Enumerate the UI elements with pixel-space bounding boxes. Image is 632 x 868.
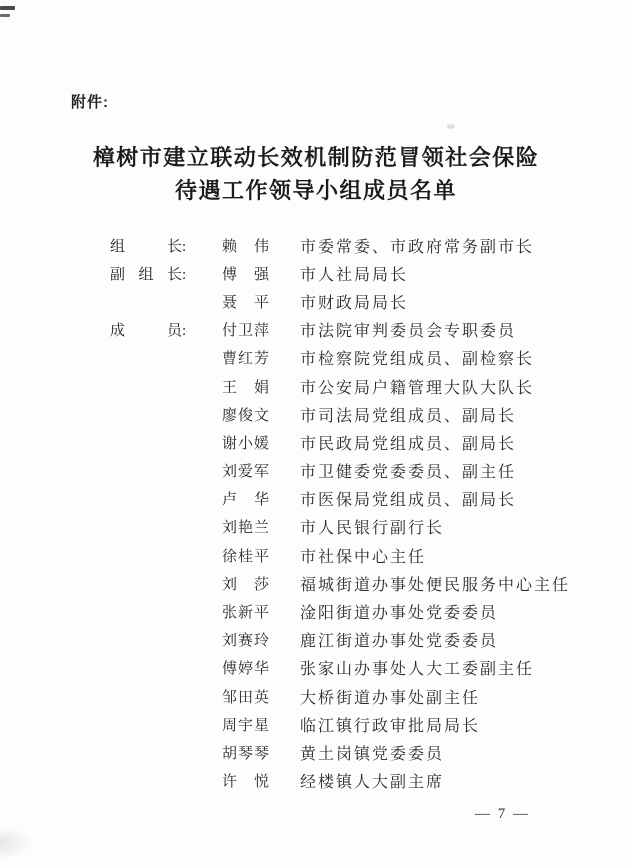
member-name-slot: 卢华 xyxy=(222,488,300,509)
member-role: 黄土岗镇党委委员 xyxy=(300,741,590,764)
member-label-slot: 成员: xyxy=(110,319,222,340)
member-name-slot: 谢小媛 xyxy=(222,432,300,453)
member-name-slot: 赖伟 xyxy=(222,235,300,256)
member-role: 淦阳街道办事处党委委员 xyxy=(300,600,590,623)
member-name: 邹田英 xyxy=(222,686,269,707)
roster-row: 卢华市医保局党组成员、副局长 xyxy=(110,485,590,513)
member-role: 大桥街道办事处副主任 xyxy=(300,685,590,708)
member-role: 市民政局党组成员、副局长 xyxy=(300,431,590,454)
member-name: 张新平 xyxy=(222,601,269,622)
member-role: 市人社局局长 xyxy=(300,262,590,285)
roster-row: 组长:赖伟市委常委、市政府常务副市长 xyxy=(110,231,590,259)
roster-row: 刘赛玲鹿江街道办事处党委委员 xyxy=(110,626,590,654)
member-name-slot: 刘爱军 xyxy=(222,460,300,481)
member-name-slot: 曹红芳 xyxy=(222,347,300,368)
member-label-colon: : xyxy=(182,239,186,256)
scan-artifact-mark xyxy=(0,6,15,10)
member-name: 傅婷华 xyxy=(222,657,269,678)
member-name-slot: 傅强 xyxy=(222,263,300,284)
document-title: 樟树市建立联动长效机制防范冒领社会保险 待遇工作领导小组成员名单 xyxy=(0,141,632,207)
member-role: 市检察院党组成员、副检察长 xyxy=(300,346,590,369)
roster-row: 廖俊文市司法局党组成员、副局长 xyxy=(110,400,590,428)
member-name: 刘爱军 xyxy=(222,460,269,481)
member-name-slot: 刘艳兰 xyxy=(222,516,300,537)
roster-row: 刘艳兰市人民银行副行长 xyxy=(110,513,590,541)
member-name-slot: 聂平 xyxy=(222,291,300,312)
member-role: 市卫健委党委委员、副主任 xyxy=(300,459,590,482)
roster-row: 傅婷华张家山办事处人大工委副主任 xyxy=(110,654,590,682)
member-name: 廖俊文 xyxy=(222,404,269,425)
roster-row: 刘爱军市卫健委党委委员、副主任 xyxy=(110,457,590,485)
roster-row: 曹红芳市检察院党组成员、副检察长 xyxy=(110,344,590,372)
member-name-slot: 周宇星 xyxy=(222,714,300,735)
member-label-colon: : xyxy=(182,267,186,284)
member-name: 许悦 xyxy=(222,770,269,791)
member-name: 曹红芳 xyxy=(222,347,269,368)
member-role: 张家山办事处人大工委副主任 xyxy=(300,656,590,679)
member-name-slot: 王娟 xyxy=(222,376,300,397)
member-label-colon: : xyxy=(182,323,186,340)
roster-row: 许悦经楼镇人大副主席 xyxy=(110,767,590,795)
member-role: 市财政局局长 xyxy=(300,290,590,313)
member-role: 福城街道办事处便民服务中心主任 xyxy=(300,572,590,595)
member-name: 刘赛玲 xyxy=(222,629,269,650)
member-role: 临江镇行政审批局局长 xyxy=(300,713,590,736)
roster-row: 张新平淦阳街道办事处党委委员 xyxy=(110,597,590,625)
member-name: 胡琴琴 xyxy=(222,742,269,763)
member-name-slot: 傅婷华 xyxy=(222,657,300,678)
member-role: 市医保局党组成员、副局长 xyxy=(300,487,590,510)
roster-row: 胡琴琴黄土岗镇党委委员 xyxy=(110,738,590,766)
roster-row: 邹田英大桥街道办事处副主任 xyxy=(110,682,590,710)
member-name: 付卫萍 xyxy=(222,319,269,340)
roster-list: 组长:赖伟市委常委、市政府常务副市长副组长:傅强市人社局局长聂平市财政局局长成员… xyxy=(110,231,590,795)
document-title-line-2: 待遇工作领导小组成员名单 xyxy=(0,174,632,207)
member-name-slot: 刘赛玲 xyxy=(222,629,300,650)
member-name: 谢小媛 xyxy=(222,432,269,453)
roster-row: 聂平市财政局局长 xyxy=(110,287,590,315)
member-name: 傅强 xyxy=(222,263,269,284)
member-name: 徐桂平 xyxy=(222,545,269,566)
member-name-slot: 付卫萍 xyxy=(222,319,300,340)
member-role: 市人民银行副行长 xyxy=(300,515,590,538)
member-name: 王娟 xyxy=(222,376,269,397)
scanned-document-page: 附件: 樟树市建立联动长效机制防范冒领社会保险 待遇工作领导小组成员名单 组长:… xyxy=(0,0,632,868)
roster-row: 刘莎福城街道办事处便民服务中心主任 xyxy=(110,569,590,597)
scan-artifact-smudge xyxy=(0,826,34,860)
roster-row: 成员:付卫萍市法院审判委员会专职委员 xyxy=(110,316,590,344)
member-name: 周宇星 xyxy=(222,714,269,735)
roster-row: 徐桂平市社保中心主任 xyxy=(110,541,590,569)
member-role: 市委常委、市政府常务副市长 xyxy=(300,234,590,257)
attachment-label: 附件: xyxy=(71,91,109,112)
member-label-slot: 组长: xyxy=(110,235,222,256)
member-name-slot: 徐桂平 xyxy=(222,545,300,566)
member-name: 卢华 xyxy=(222,488,269,509)
roster-row: 副组长:傅强市人社局局长 xyxy=(110,259,590,287)
member-label: 成员 xyxy=(110,319,182,340)
member-label: 组长 xyxy=(110,235,182,256)
member-name-slot: 廖俊文 xyxy=(222,404,300,425)
member-name: 聂平 xyxy=(222,291,269,312)
roster-row: 周宇星临江镇行政审批局局长 xyxy=(110,710,590,738)
member-role: 市法院审判委员会专职委员 xyxy=(300,318,590,341)
member-label-slot: 副组长: xyxy=(110,263,222,284)
member-name: 刘艳兰 xyxy=(222,516,269,537)
member-name-slot: 邹田英 xyxy=(222,686,300,707)
scan-artifact-dot xyxy=(447,124,455,129)
document-title-line-1: 樟树市建立联动长效机制防范冒领社会保险 xyxy=(0,141,632,174)
member-label: 副组长 xyxy=(110,263,182,284)
member-name-slot: 刘莎 xyxy=(222,573,300,594)
member-name-slot: 许悦 xyxy=(222,770,300,791)
member-name-slot: 胡琴琴 xyxy=(222,742,300,763)
roster-row: 王娟市公安局户籍管理大队大队长 xyxy=(110,372,590,400)
member-role: 市公安局户籍管理大队大队长 xyxy=(300,375,590,398)
member-name-slot: 张新平 xyxy=(222,601,300,622)
member-name: 刘莎 xyxy=(222,573,269,594)
scan-artifact-mark xyxy=(0,14,10,17)
member-role: 市司法局党组成员、副局长 xyxy=(300,403,590,426)
member-name: 赖伟 xyxy=(222,235,269,256)
roster-row: 谢小媛市民政局党组成员、副局长 xyxy=(110,428,590,456)
page-number: — 7 — xyxy=(475,806,530,823)
member-role: 经楼镇人大副主席 xyxy=(300,769,590,792)
member-role: 市社保中心主任 xyxy=(300,544,590,567)
member-role: 鹿江街道办事处党委委员 xyxy=(300,628,590,651)
